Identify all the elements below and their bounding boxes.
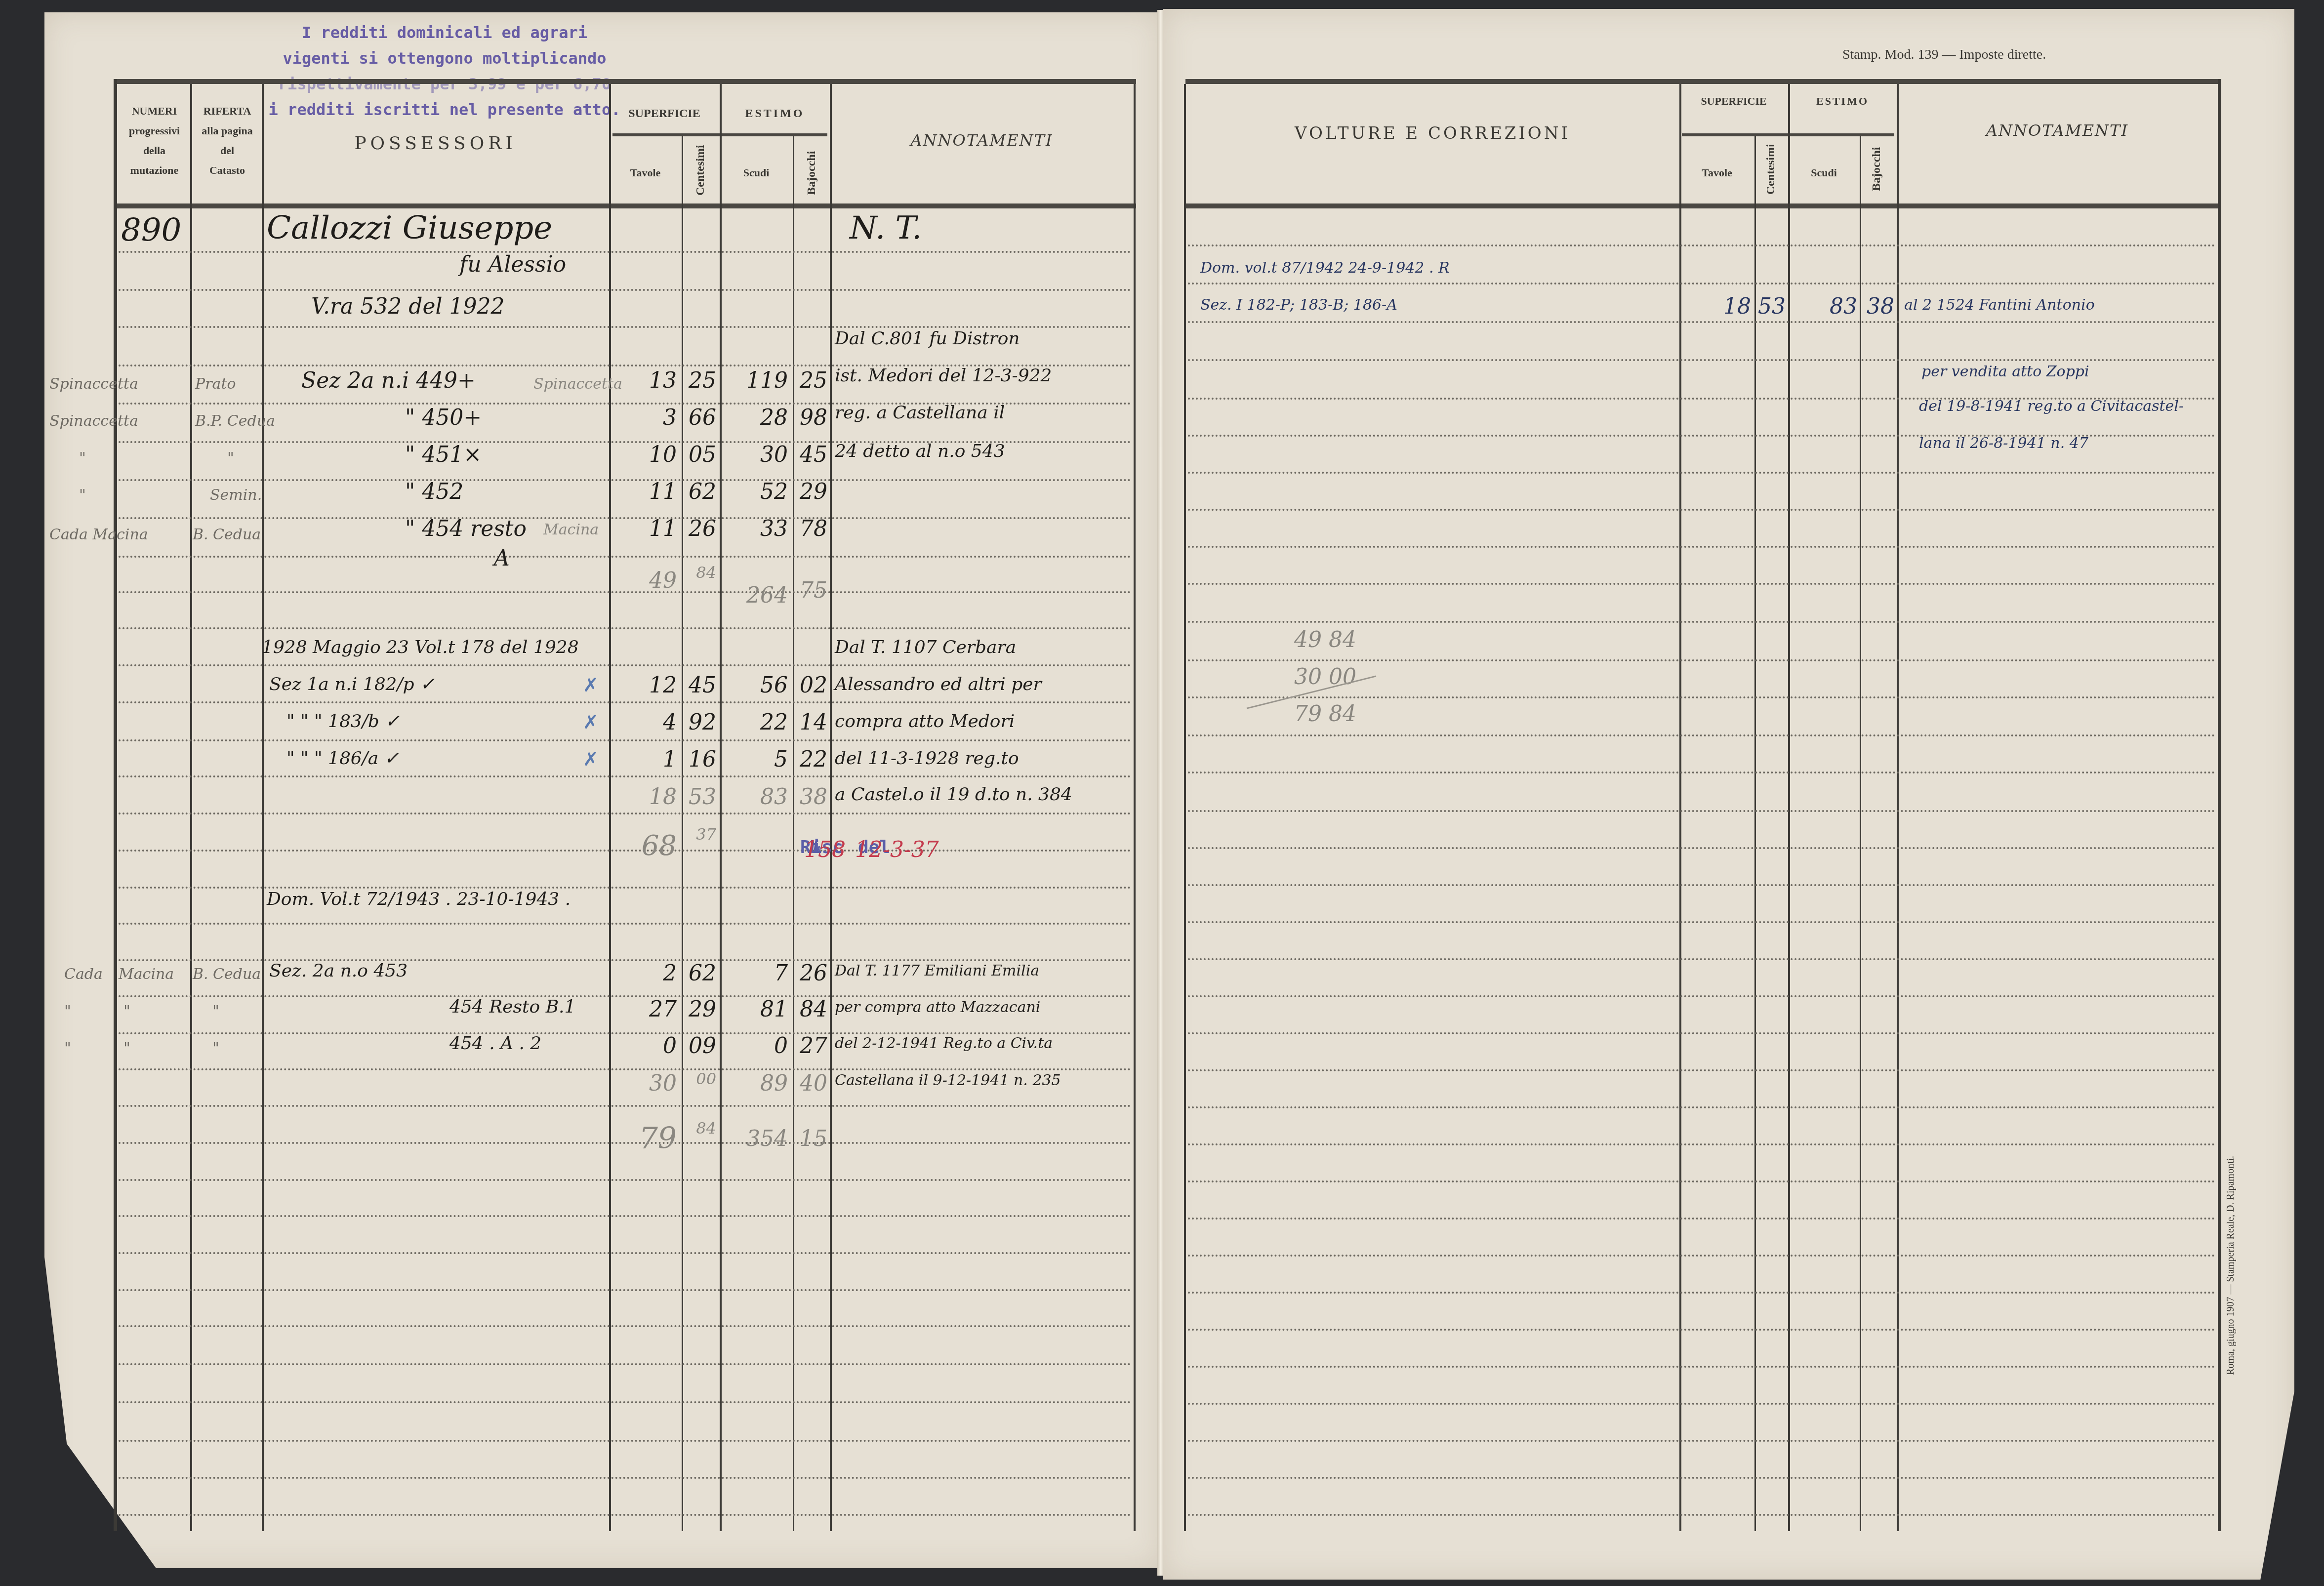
col-divider xyxy=(1860,136,1861,1531)
col-divider xyxy=(262,84,264,1531)
header-estimo: ESTIMO xyxy=(720,104,830,123)
header-centesimi: Centesimi xyxy=(1764,141,1778,198)
mutation-number: 890 xyxy=(121,212,181,249)
col-divider xyxy=(1679,84,1681,1531)
header-scudi: Scudi xyxy=(720,163,793,183)
col-divider xyxy=(830,84,832,1531)
header-volture: VOLTURE E CORREZIONI xyxy=(1185,123,1679,143)
header-superficie: SUPERFICIE xyxy=(1679,91,1788,111)
book-gutter xyxy=(1157,10,1164,1576)
header-scudi: Scudi xyxy=(1788,163,1860,183)
header-riferta: RIFERTAalla paginadelCatasto xyxy=(193,101,262,180)
header-superficie: SUPERFICIE xyxy=(609,104,720,123)
model-label: Stamp. Mod. 139 — Imposte dirette. xyxy=(1842,47,2046,63)
col-divider xyxy=(1897,84,1899,1531)
owner-father: fu Alessio xyxy=(459,252,566,277)
redditi-notice-stamp: I redditi dominicali ed agrari vigenti s… xyxy=(267,20,622,122)
voltura-1928: 1928 Maggio 23 Vol.t 178 del 1928 xyxy=(262,637,579,657)
col-divider xyxy=(682,136,683,1531)
right-border xyxy=(2218,79,2221,1531)
header-tavole: Tavole xyxy=(609,163,682,183)
col-divider xyxy=(1788,84,1790,1531)
col-divider xyxy=(1754,136,1756,1531)
header-numeri: NUMERIprogressividellamutazione xyxy=(119,101,190,180)
header-annotamenti: ANNOTAMENTI xyxy=(1897,121,2218,140)
printer-imprint: Roma, giugno 1907 — Stamperia Reale, D. … xyxy=(2225,1156,2237,1375)
owner-name: Callozzi Giuseppe xyxy=(267,210,552,246)
col-divider xyxy=(793,136,794,1531)
stamp-line: I redditi dominicali ed agrari xyxy=(267,20,622,45)
header-top-rule xyxy=(1185,79,2218,84)
stamp-line: i redditi iscritti nel presente atto. xyxy=(267,97,622,122)
voltura-ref: V.ra 532 del 1922 xyxy=(311,294,505,319)
col-divider xyxy=(609,84,611,1531)
header-bottom-rule xyxy=(114,203,1136,208)
left-border xyxy=(1184,84,1186,1531)
header-tavole: Tavole xyxy=(1679,163,1754,183)
header-bajocchi: Bajocchi xyxy=(805,148,818,198)
header-centesimi: Centesimi xyxy=(694,143,707,198)
risc-stamp: Risc № 158 del 12-3-37 xyxy=(800,837,939,862)
header-estimo: ESTIMO xyxy=(1788,91,1897,111)
stamp-line: vigenti si ottengono moltiplicando xyxy=(267,45,622,71)
left-border xyxy=(114,79,117,1531)
header-annotamenti: ANNOTAMENTI xyxy=(830,131,1134,150)
stamp-line: rispettivamente per 3,99 e per 6,70 xyxy=(267,71,622,97)
annotation-nt: N. T. xyxy=(850,210,922,246)
voltura-1943: Dom. Vol.t 72/1943 . 23-10-1943 . xyxy=(267,889,571,909)
header-bajocchi: Bajocchi xyxy=(1870,141,1883,198)
parcel-mark: A xyxy=(494,546,510,571)
col-divider xyxy=(190,84,192,1531)
header-bottom-rule xyxy=(1185,203,2218,208)
header-top-rule xyxy=(114,79,1136,84)
right-border xyxy=(1134,84,1136,1531)
header-possessori: POSSESSORI xyxy=(262,133,609,154)
